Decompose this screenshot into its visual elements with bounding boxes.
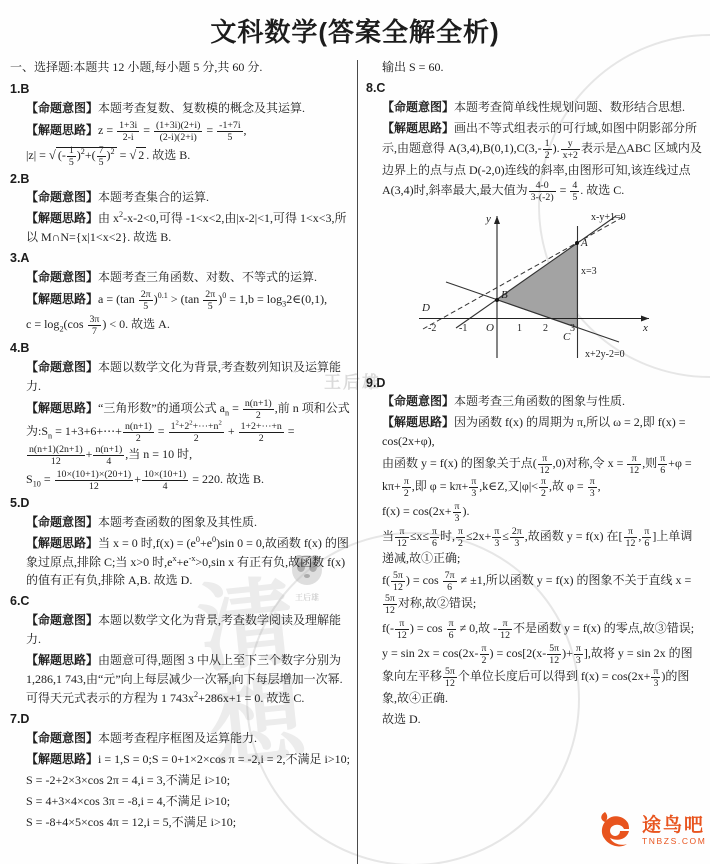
fraction: yx+2 xyxy=(561,138,580,161)
math-text: S = -8+4×5×cos 4π = 12,i = 5,不满足 i>10; xyxy=(26,815,236,829)
math-text: a = (tan 2π5)0.1 > (tan 2π5)0 = 1,b = lo… xyxy=(98,292,327,306)
question-body: 【命题意图】本题考查程序框图及运算能力.【解题思路】i = 1,S = 0;S … xyxy=(10,729,350,832)
fraction: 4-03-(-2) xyxy=(529,180,556,203)
point-A-label: A xyxy=(580,237,588,249)
origin-label: O xyxy=(486,322,494,334)
solution-label: 【解题思路】 xyxy=(26,752,98,766)
fraction: 2π5 xyxy=(203,289,217,312)
solution-label: 【解题思路】 xyxy=(26,401,98,415)
solution-line: 【解题思路】i = 1,S = 0;S = 0+1×2×cos π = -2,i… xyxy=(26,750,350,769)
solution-line: 【解题思路】因为函数 f(x) 的周期为 π,所以 ω = 2,即 f(x) =… xyxy=(382,413,704,451)
solution-line: 【解题思路】由 x2-x-2<0,可得 -1<x<2,由|x-2|<1,可得 1… xyxy=(26,209,350,247)
solution-line: S = -8+4×5×cos 4π = 12,i = 5,不满足 i>10; xyxy=(26,813,350,832)
solution-label: 【解题思路】 xyxy=(382,121,454,135)
fraction: 15 xyxy=(67,145,76,168)
fraction: 10×(10+1)×(20+1)12 xyxy=(55,469,134,492)
solution-line: 【解题思路】由题意可得,题图 3 中从上至下三个数字分别为 1,286,1 74… xyxy=(26,651,350,708)
intent-paragraph: 【命题意图】本题考查函数的图象及其性质. xyxy=(26,513,350,532)
fraction: 5π12 xyxy=(547,643,561,666)
solution-line: f(x) = cos(2x+π3). xyxy=(382,501,704,524)
answer-number: 4.B xyxy=(10,339,350,358)
intent-text: 本题考查程序框图及运算能力. xyxy=(98,731,257,745)
radical: √2 xyxy=(129,146,146,166)
intent-label: 【命题意图】 xyxy=(26,731,98,745)
point-D-label: D xyxy=(421,302,430,314)
superscript: 2 xyxy=(218,420,221,427)
fraction: 10×(10+1)4 xyxy=(142,469,188,492)
point-A-dot xyxy=(575,241,579,245)
question-block: 8.C【命题意图】本题考查简单线性规划问题、数形结合思想.【解题思路】画出不等式… xyxy=(366,79,704,203)
intent-paragraph: 【命题意图】本题考查三角函数的图象与性质. xyxy=(382,392,704,411)
question-block: 5.D【命题意图】本题考查函数的图象及其性质.【解题思路】当 x = 0 时,f… xyxy=(10,494,350,591)
question-block: 7.D【命题意图】本题考查程序框图及运算能力.【解题思路】i = 1,S = 0… xyxy=(10,710,350,832)
fraction: π6 xyxy=(447,618,456,641)
fraction: π12 xyxy=(538,453,552,476)
solution-label: 【解题思路】 xyxy=(26,292,98,306)
solution-label: 【解题思路】 xyxy=(382,415,454,429)
solution-line: 当π12≤x≤π6时,π2≤2x+π3≤2π3,故函数 y = f(x) 在[π… xyxy=(382,526,704,568)
math-text: 当π12≤x≤π6时,π2≤2x+π3≤2π3,故函数 y = f(x) 在[π… xyxy=(382,529,692,565)
fraction: n(n+1)4 xyxy=(93,444,124,467)
fraction: π3 xyxy=(492,526,501,549)
math-text: S = 4+3×4×cos 3π = -8,i = 4,不满足 i>10; xyxy=(26,794,230,808)
math-text: f(x) = cos(2x+π3). xyxy=(382,504,469,518)
solution-line: f(5π12) = cos 7π6 ≠ ±1,所以函数 y = f(x) 的图象… xyxy=(382,570,704,616)
output-line: 输出 S = 60. xyxy=(366,58,704,77)
fraction: π2 xyxy=(402,476,411,499)
intent-text: 本题考查三角函数的图象与性质. xyxy=(454,394,625,408)
tick-minus-2: -2 xyxy=(428,323,436,334)
label-line1: x-y+1=0 xyxy=(591,212,626,223)
solution-label: 【解题思路】 xyxy=(26,123,98,137)
answer-number: 2.B xyxy=(10,170,350,189)
intent-paragraph: 【命题意图】本题以数学文化为背景,考查数学阅读及理解能力. xyxy=(26,611,350,649)
intent-text: 本题考查函数的图象及其性质. xyxy=(98,515,257,529)
fraction: π3 xyxy=(574,643,583,666)
fraction: n(n+1)2 xyxy=(243,398,274,421)
fraction: 12+22+⋯+n22 xyxy=(169,421,224,444)
solution-line: S = 4+3×4×cos 3π = -8,i = 4,不满足 i>10; xyxy=(26,792,350,811)
fraction: 5π12 xyxy=(383,593,397,616)
question-body: 【命题意图】本题考查函数的图象及其性质.【解题思路】当 x = 0 时,f(x)… xyxy=(10,513,350,591)
solution-line: 故选 D. xyxy=(382,710,704,729)
solution-line: S10 = 10×(10+1)×(20+1)12+10×(10+1)4 = 22… xyxy=(26,469,350,492)
solution-line: c = log2(cos 3π7) < 0. 故选 A. xyxy=(26,314,350,337)
fraction: π12 xyxy=(624,526,638,549)
x-axis-arrow xyxy=(641,315,649,321)
question-body: 【命题意图】本题考查集合的运算.【解题思路】由 x2-x-2<0,可得 -1<x… xyxy=(10,188,350,247)
math-text: S10 = 10×(10+1)×(20+1)12+10×(10+1)4 = 22… xyxy=(26,472,264,486)
question-block: 1.B【命题意图】本题考查复数、复数模的概念及其运算.【解题思路】z = 1+3… xyxy=(10,80,350,168)
left-question-blocks: 1.B【命题意图】本题考查复数、复数模的概念及其运算.【解题思路】z = 1+3… xyxy=(10,80,350,832)
math-text: y = sin 2x = cos(2x-π2) = cos[2(x-5π12)+… xyxy=(382,646,693,705)
intent-paragraph: 【命题意图】本题考查三角函数、对数、不等式的运算. xyxy=(26,268,350,287)
label-x-equals-3: x=3 xyxy=(581,266,597,277)
right-question-blocks-b: 9.D【命题意图】本题考查三角函数的图象与性质.【解题思路】因为函数 f(x) … xyxy=(366,374,704,730)
point-B-dot xyxy=(495,298,499,302)
tick-1: 1 xyxy=(517,323,522,334)
fraction: π12 xyxy=(498,618,512,641)
fraction: π6 xyxy=(642,526,651,549)
math-text: z = 1+3i2-i = (1+3i)(2+i)(2-i)(2+i) = -1… xyxy=(98,123,247,137)
superscript: x xyxy=(172,554,176,563)
solution-line: f(-π12) = cos π6 ≠ 0,故 -π12不是函数 y = f(x)… xyxy=(382,618,704,641)
solution-line: S = -2+2×3×cos 2π = 4,i = 3,不满足 i>10; xyxy=(26,771,350,790)
linear-programming-figure: y x O A B C D -2 -1 1 2 3 x=3 x-y+1=0 x+… xyxy=(366,206,704,370)
math-text: c = log2(cos 3π7) < 0. 故选 A. xyxy=(26,317,170,331)
fraction: π6 xyxy=(658,453,667,476)
subscript: n xyxy=(225,408,229,417)
intent-label: 【命题意图】 xyxy=(26,190,98,204)
question-body: 【命题意图】本题考查复数、复数模的概念及其运算.【解题思路】z = 1+3i2-… xyxy=(10,99,350,168)
fraction: π12 xyxy=(395,526,409,549)
fraction: π3 xyxy=(651,666,660,689)
fraction: π3 xyxy=(453,501,462,524)
fraction: 12 xyxy=(543,138,552,161)
subscript: n xyxy=(48,431,52,440)
fraction: π6 xyxy=(430,526,439,549)
fraction: π3 xyxy=(469,476,478,499)
column-divider xyxy=(357,60,358,864)
intent-text: 本题考查复数、复数模的概念及其运算. xyxy=(98,101,305,115)
solution-label: 【解题思路】 xyxy=(26,536,98,550)
solution-line: 【解题思路】z = 1+3i2-i = (1+3i)(2+i)(2-i)(2+i… xyxy=(26,120,350,143)
fraction: 5π12 xyxy=(391,570,405,593)
logo-name: 途鸟吧 xyxy=(642,816,706,835)
radical: √(-15)2+(75)2 xyxy=(49,145,117,168)
solution-line: y = sin 2x = cos(2x-π2) = cos[2(x-5π12)+… xyxy=(382,643,704,708)
tick-minus-1: -1 xyxy=(459,323,467,334)
fraction: 7π6 xyxy=(443,570,457,593)
intent-text: 本题考查简单线性规划问题、数形结合思想. xyxy=(454,100,685,114)
question-body: 【命题意图】本题考查三角函数、对数、不等式的运算.【解题思路】a = (tan … xyxy=(10,268,350,337)
superscript: 2 xyxy=(111,147,115,156)
question-body: 【命题意图】本题以数学文化为背景,考查数学阅读及理解能力.【解题思路】由题意可得… xyxy=(10,611,350,708)
fraction: 5π12 xyxy=(443,666,457,689)
fraction: -1+7i5 xyxy=(217,120,242,143)
intent-paragraph: 【命题意图】本题考查简单线性规划问题、数形结合思想. xyxy=(382,98,704,117)
math-text: S = -2+2×3×cos 2π = 4,i = 3,不满足 i>10; xyxy=(26,773,230,787)
fraction: 45 xyxy=(570,180,579,203)
intent-label: 【命题意图】 xyxy=(26,613,98,627)
intent-label: 【命题意图】 xyxy=(26,101,98,115)
fraction: π12 xyxy=(395,618,409,641)
solution-label: 【解题思路】 xyxy=(26,211,98,225)
solution-line: 【解题思路】a = (tan 2π5)0.1 > (tan 2π5)0 = 1,… xyxy=(26,289,350,312)
math-text: f(-π12) = cos π6 ≠ 0,故 -π12不是函数 y = f(x)… xyxy=(382,621,694,635)
fraction: π2 xyxy=(456,526,465,549)
answer-number: 3.A xyxy=(10,249,350,268)
solution-line: 【解题思路】画出不等式组表示的可行域,如图中阴影部分所示,由题意得 A(3,4)… xyxy=(382,119,704,203)
intent-label: 【命题意图】 xyxy=(26,360,98,374)
question-body: 【命题意图】本题考查简单线性规划问题、数形结合思想.【解题思路】画出不等式组表示… xyxy=(366,98,704,203)
solution-line: 【解题思路】“三角形数”的通项公式 an = n(n+1)2,前 n 项和公式为… xyxy=(26,398,350,467)
fraction: 3π7 xyxy=(88,314,102,337)
superscript: 0 xyxy=(212,535,216,544)
left-column: 一、选择题:本题共 12 小题,每小题 5 分,共 60 分. 1.B【命题意图… xyxy=(10,58,350,833)
fraction: 2π3 xyxy=(510,526,524,549)
fraction: n(n+1)2 xyxy=(123,421,154,444)
fraction: π12 xyxy=(627,453,641,476)
math-text: |z| = √(-15)2+(75)2 = √2. 故选 B. xyxy=(26,148,190,162)
question-block: 4.B【命题意图】本题以数学文化为背景,考查数列知识及运算能力.【解题思路】“三… xyxy=(10,339,350,492)
y-axis-arrow xyxy=(494,216,500,224)
question-block: 9.D【命题意图】本题考查三角函数的图象与性质.【解题思路】因为函数 f(x) … xyxy=(366,374,704,730)
site-logo: 途鸟吧 TNBZS.COM xyxy=(594,810,706,852)
subscript: 2 xyxy=(59,324,63,333)
intent-paragraph: 【命题意图】本题考查复数、复数模的概念及其运算. xyxy=(26,99,350,118)
tick-3: 3 xyxy=(570,323,575,334)
right-question-blocks-a: 8.C【命题意图】本题考查简单线性规划问题、数形结合思想.【解题思路】画出不等式… xyxy=(366,79,704,203)
fraction: 1+3i2-i xyxy=(117,120,139,143)
fraction: 75 xyxy=(97,145,106,168)
subscript: 10 xyxy=(33,479,41,488)
x-axis-label: x xyxy=(642,322,648,334)
intent-label: 【命题意图】 xyxy=(382,394,454,408)
question-block: 6.C【命题意图】本题以数学文化为背景,考查数学阅读及理解能力.【解题思路】由题… xyxy=(10,592,350,708)
solution-line: 由函数 y = f(x) 的图象关于点(π12,0)对称,令 x = π12,则… xyxy=(382,453,704,499)
subscript: 3 xyxy=(282,299,286,308)
intent-paragraph: 【命题意图】本题以数学文化为背景,考查数列知识及运算能力. xyxy=(26,358,350,396)
fraction: 1+2+⋯+n2 xyxy=(239,421,284,444)
page-title: 文科数学(答案全解全析) xyxy=(0,12,710,49)
fraction: n(n+1)(2n+1)12 xyxy=(27,444,85,467)
superscript: 0.1 xyxy=(158,291,168,300)
math-text: 由函数 y = f(x) 的图象关于点(π12,0)对称,令 x = π12,则… xyxy=(382,456,692,493)
superscript: 2 xyxy=(194,690,198,699)
answer-number: 8.C xyxy=(366,79,704,98)
superscript: -x xyxy=(189,554,196,563)
label-line3: x+2y-2=0 xyxy=(585,349,625,360)
answer-number: 5.D xyxy=(10,494,350,513)
solution-label: 【解题思路】 xyxy=(26,653,98,667)
answer-number: 9.D xyxy=(366,374,704,393)
fraction: (1+3i)(2+i)(2-i)(2+i) xyxy=(154,120,202,143)
intent-paragraph: 【命题意图】本题考查程序框图及运算能力. xyxy=(26,729,350,748)
superscript: 2 xyxy=(119,210,123,219)
fraction: π3 xyxy=(588,476,597,499)
math-text: f(5π12) = cos 7π6 ≠ ±1,所以函数 y = f(x) 的图象… xyxy=(382,573,691,610)
superscript: 0 xyxy=(222,291,226,300)
intent-text: 本题考查集合的运算. xyxy=(98,190,209,204)
answer-number: 6.C xyxy=(10,592,350,611)
superscript: 2 xyxy=(175,420,178,427)
intent-label: 【命题意图】 xyxy=(26,515,98,529)
superscript: 2 xyxy=(189,420,192,427)
question-block: 3.A【命题意图】本题考查三角函数、对数、不等式的运算.【解题思路】a = (t… xyxy=(10,249,350,337)
shaded-region xyxy=(497,243,577,328)
question-body: 【命题意图】本题以数学文化为背景,考查数列知识及运算能力.【解题思路】“三角形数… xyxy=(10,358,350,492)
intent-text: 本题考查三角函数、对数、不等式的运算. xyxy=(98,270,317,284)
tick-2: 2 xyxy=(543,323,548,334)
fraction: π2 xyxy=(539,476,548,499)
section-heading: 一、选择题:本题共 12 小题,每小题 5 分,共 60 分. xyxy=(10,58,350,77)
y-axis-label: y xyxy=(485,213,491,225)
logo-site: TNBZS.COM xyxy=(642,837,706,846)
feasible-region-graph: y x O A B C D -2 -1 1 2 3 x=3 x-y+1=0 x+… xyxy=(409,206,661,364)
intent-label: 【命题意图】 xyxy=(382,100,454,114)
answer-number: 1.B xyxy=(10,80,350,99)
fraction: π2 xyxy=(480,643,489,666)
answer-sheet-page: 清想 王后雄 王后雄 文科数学(答案全解全析) 一、选择题:本题共 12 小题,… xyxy=(0,0,710,864)
math-text: 故选 D. xyxy=(382,712,421,726)
superscript: 2 xyxy=(81,147,85,156)
math-text: i = 1,S = 0;S = 0+1×2×cos π = -2,i = 2,不… xyxy=(98,752,350,766)
fraction: 2π5 xyxy=(139,289,153,312)
intent-paragraph: 【命题意图】本题考查集合的运算. xyxy=(26,188,350,207)
question-body: 【命题意图】本题考查三角函数的图象与性质.【解题思路】因为函数 f(x) 的周期… xyxy=(366,392,704,729)
solution-line: |z| = √(-15)2+(75)2 = √2. 故选 B. xyxy=(26,145,350,168)
intent-label: 【命题意图】 xyxy=(26,270,98,284)
point-B-label: B xyxy=(501,289,508,301)
answer-number: 7.D xyxy=(10,710,350,729)
right-column: 输出 S = 60. 8.C【命题意图】本题考查简单线性规划问题、数形结合思想.… xyxy=(366,58,704,731)
question-block: 2.B【命题意图】本题考查集合的运算.【解题思路】由 x2-x-2<0,可得 -… xyxy=(10,170,350,248)
solution-line: 【解题思路】当 x = 0 时,f(x) = (e0+e0)sin 0 = 0,… xyxy=(26,534,350,591)
bird-icon xyxy=(594,810,638,852)
superscript: 0 xyxy=(196,535,200,544)
